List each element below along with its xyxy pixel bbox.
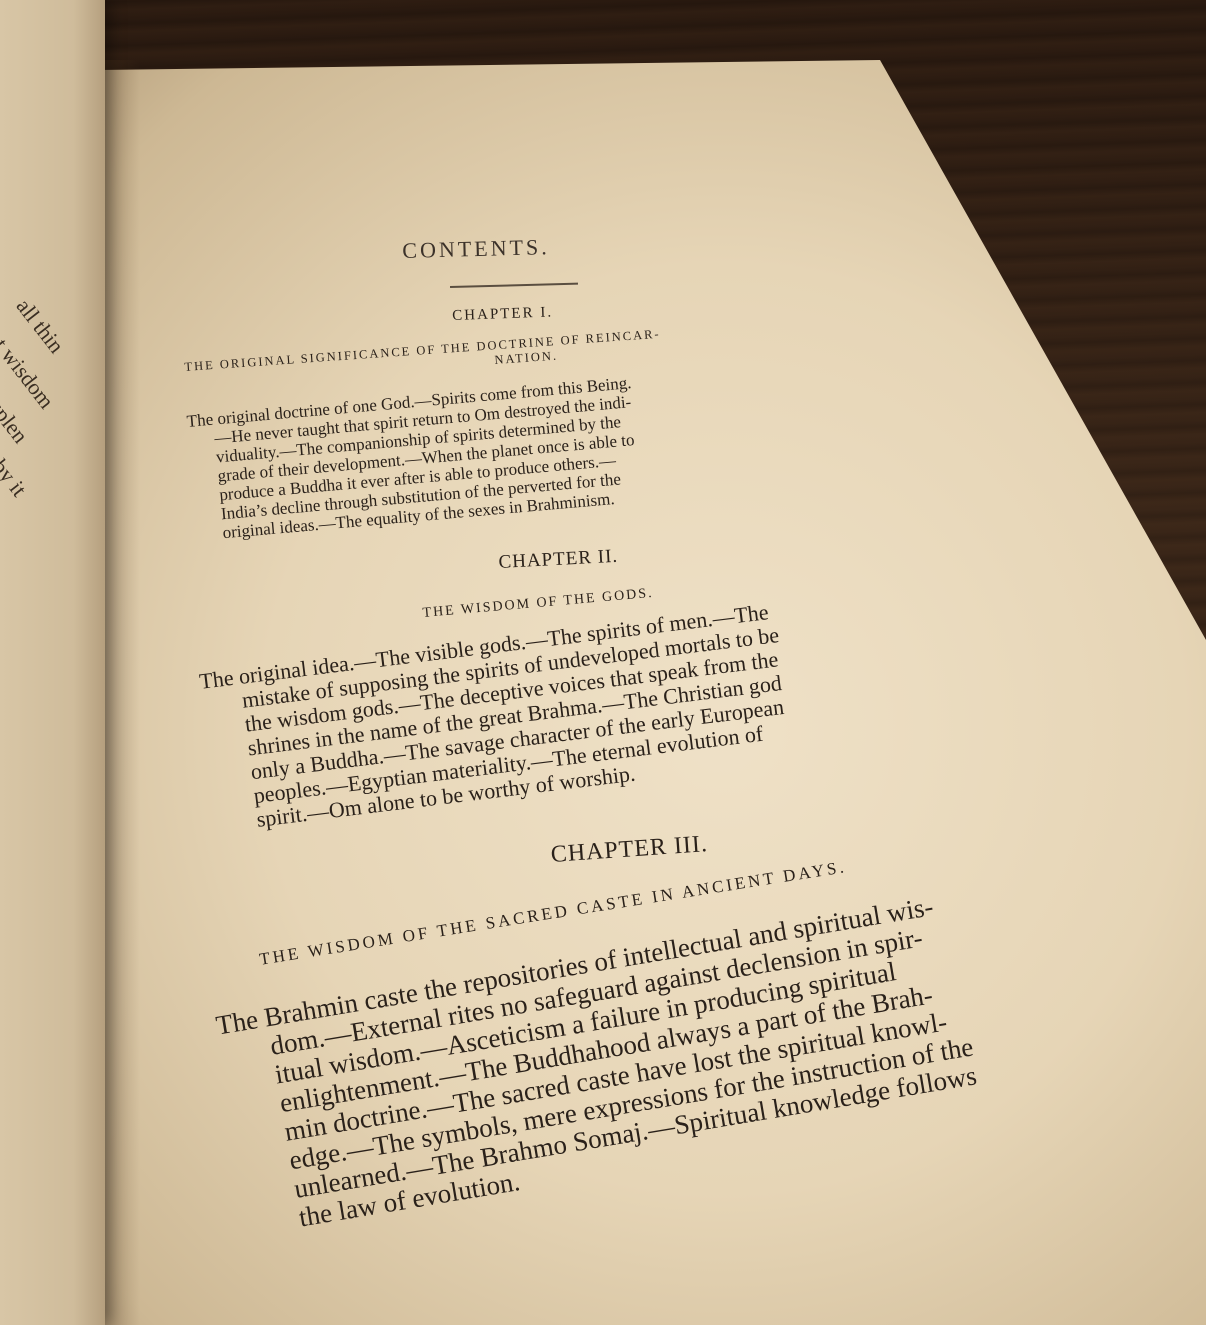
book-gutter-shadow (100, 60, 140, 1325)
chapter-1-number: CHAPTER I. (452, 304, 553, 325)
left-page-text-fragments: all thin t wisdom e splen ed by it (0, 270, 106, 590)
contents-title: CONTENTS. (402, 234, 550, 264)
left-book-page: all thin t wisdom e splen ed by it (0, 0, 105, 1325)
